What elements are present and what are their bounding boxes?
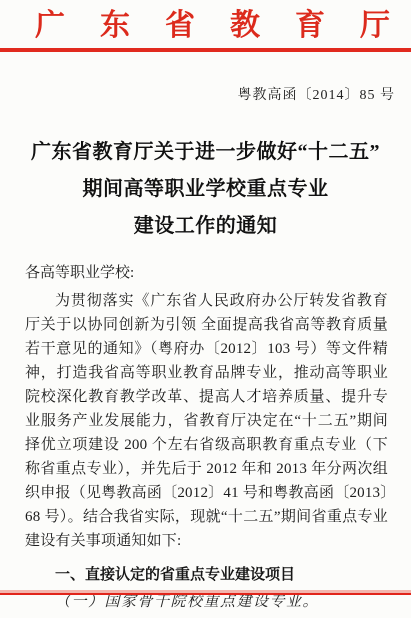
salutation: 各高等职业学校: xyxy=(25,261,388,285)
header-double-rule xyxy=(0,48,411,52)
footer-rule xyxy=(0,590,411,595)
document-page: 广东省教育厅 粤教高函〔2014〕85 号 广东省教育厅关于进一步做好“十二五”… xyxy=(0,0,411,618)
document-body: 各高等职业学校: 为贯彻落实《广东省人民政府办公厅转发省教育厅关于以协同创新为引… xyxy=(0,261,411,614)
doc-number: 粤教高函〔2014〕85 号 xyxy=(0,86,411,106)
document-title: 广东省教育厅关于进一步做好“十二五” 期间高等职业学校重点专业 建设工作的通知 xyxy=(0,134,411,245)
body-paragraph: 为贯彻落实《广东省人民政府办公厅转发省教育厅关于以协同创新为引领 全面提高我省高… xyxy=(25,289,388,553)
agency-name: 广东省教育厅 xyxy=(0,6,411,46)
title-line-1: 广东省教育厅关于进一步做好“十二五” xyxy=(0,134,411,171)
title-line-2: 期间高等职业学校重点专业 xyxy=(0,171,411,208)
title-line-3: 建设工作的通知 xyxy=(0,208,411,245)
section-heading: 一、直接认定的省重点专业建设项目 xyxy=(25,563,388,587)
